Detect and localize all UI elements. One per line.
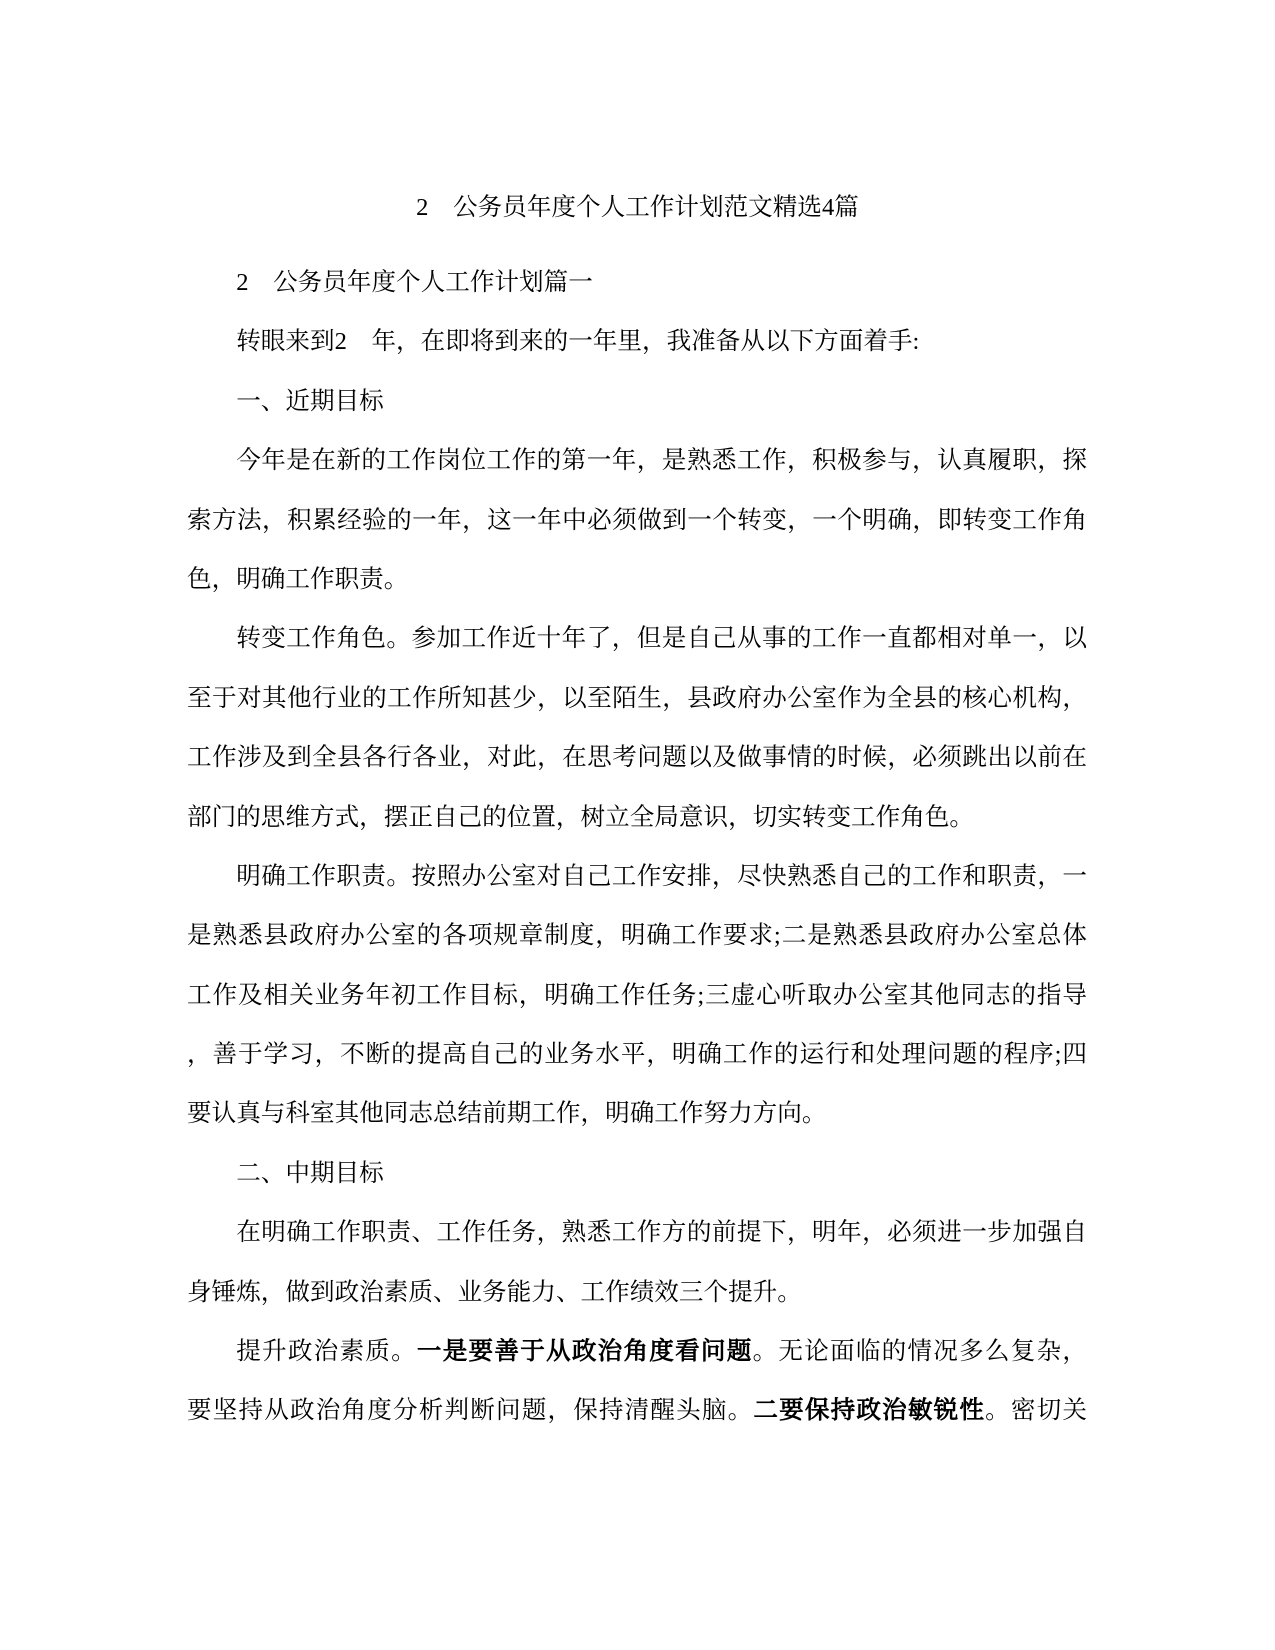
text-segment: 工作涉及到全县各行各业，对此，在思考问题以及做事情的时候，必须跳出以前在 [187,744,1087,771]
document-body: 2 公务员年度个人工作计划篇一转眼来到2 年，在即将到来的一年里，我准备从以下方… [187,253,1087,1441]
text-segment: 要认真与科室其他同志总结前期工作，明确工作努力方向。 [187,1100,826,1127]
text-segment: 。密切关 [985,1397,1087,1424]
text-line: 一、近期目标 [187,372,1087,431]
text-line: 身锤炼，做到政治素质、业务能力、工作绩效三个提升。 [187,1263,1087,1322]
text-segment: 二、中期目标 [236,1160,384,1187]
text-segment: 色，明确工作职责。 [187,566,408,593]
text-line: 要认真与科室其他同志总结前期工作，明确工作努力方向。 [187,1084,1087,1143]
bold-text-segment: 一是要善于从政治角度看问题 [417,1338,753,1365]
text-segment: 至于对其他行业的工作所知甚少，以至陌生，县政府办公室作为全县的核心机构， [187,685,1087,712]
document-title: 2 公务员年度个人工作计划范文精选4篇 [0,178,1275,237]
text-line: 在明确工作职责、工作任务，熟悉工作方的前提下，明年，必须进一步加强自 [187,1203,1087,1262]
text-segment: 一、近期目标 [236,388,384,415]
text-segment: 转眼来到2 年，在即将到来的一年里，我准备从以下方面着手: [236,328,919,355]
text-segment: 身锤炼，做到政治素质、业务能力、工作绩效三个提升。 [187,1279,802,1306]
document-page: 2 公务员年度个人工作计划范文精选4篇 2 公务员年度个人工作计划篇一转眼来到2… [0,0,1275,1650]
text-segment: 要坚持从政治角度分析判断问题，保持清醒头脑。 [187,1397,753,1424]
text-segment: 提升政治素质。 [236,1338,417,1365]
text-line: 转变工作角色。参加工作近十年了，但是自己从事的工作一直都相对单一，以 [187,609,1087,668]
text-line: 索方法，积累经验的一年，这一年中必须做到一个转变，一个明确，即转变工作角 [187,491,1087,550]
text-line: 是熟悉县政府办公室的各项规章制度，明确工作要求;二是熟悉县政府办公室总体 [187,906,1087,965]
text-segment: 2 公务员年度个人工作计划范文精选4篇 [416,194,859,221]
text-line: 部门的思维方式，摆正自己的位置，树立全局意识，切实转变工作角色。 [187,788,1087,847]
text-segment: 。无论面临的情况多么复杂， [753,1338,1087,1365]
text-line: 至于对其他行业的工作所知甚少，以至陌生，县政府办公室作为全县的核心机构， [187,669,1087,728]
text-line: 要坚持从政治角度分析判断问题，保持清醒头脑。二要保持政治敏锐性。密切关 [187,1381,1087,1440]
text-line: 二、中期目标 [187,1144,1087,1203]
text-line: ，善于学习，不断的提高自己的业务水平，明确工作的运行和处理问题的程序;四 [187,1025,1087,1084]
text-segment: ，善于学习，不断的提高自己的业务水平，明确工作的运行和处理问题的程序;四 [187,1041,1087,1068]
text-line: 转眼来到2 年，在即将到来的一年里，我准备从以下方面着手: [187,312,1087,371]
text-line: 2 公务员年度个人工作计划篇一 [187,253,1087,312]
text-segment: 今年是在新的工作岗位工作的第一年，是熟悉工作，积极参与，认真履职，探 [236,447,1087,474]
text-segment: 2 公务员年度个人工作计划篇一 [236,269,593,296]
text-line: 明确工作职责。按照办公室对自己工作安排，尽快熟悉自己的工作和职责，一 [187,847,1087,906]
text-segment: 是熟悉县政府办公室的各项规章制度，明确工作要求;二是熟悉县政府办公室总体 [187,922,1087,949]
text-line: 工作涉及到全县各行各业，对此，在思考问题以及做事情的时候，必须跳出以前在 [187,728,1087,787]
text-segment: 工作及相关业务年初工作目标，明确工作任务;三虚心听取办公室其他同志的指导 [187,982,1087,1009]
text-line: 色，明确工作职责。 [187,550,1087,609]
text-segment: 索方法，积累经验的一年，这一年中必须做到一个转变，一个明确，即转变工作角 [187,507,1087,534]
text-line: 今年是在新的工作岗位工作的第一年，是熟悉工作，积极参与，认真履职，探 [187,431,1087,490]
bold-text-segment: 二要保持政治敏锐性 [753,1397,985,1424]
text-segment: 在明确工作职责、工作任务，熟悉工作方的前提下，明年，必须进一步加强自 [236,1219,1087,1246]
text-line: 提升政治素质。一是要善于从政治角度看问题。无论面临的情况多么复杂， [187,1322,1087,1381]
text-segment: 明确工作职责。按照办公室对自己工作安排，尽快熟悉自己的工作和职责，一 [236,863,1087,890]
text-segment: 部门的思维方式，摆正自己的位置，树立全局意识，切实转变工作角色。 [187,804,974,831]
text-line: 工作及相关业务年初工作目标，明确工作任务;三虚心听取办公室其他同志的指导 [187,966,1087,1025]
text-segment: 转变工作角色。参加工作近十年了，但是自己从事的工作一直都相对单一，以 [236,625,1087,652]
